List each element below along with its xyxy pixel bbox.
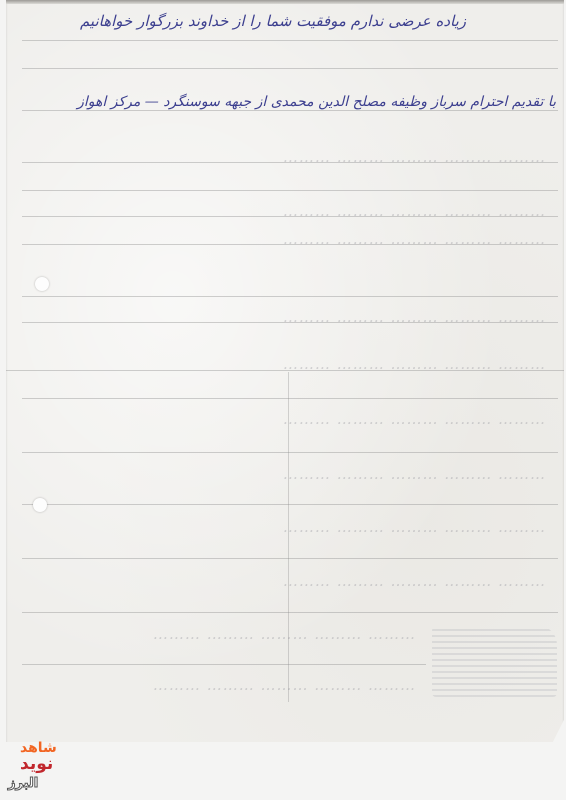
bleed-through-text: ……… ……… ……… ……… ……… [283,572,546,590]
bleed-through-text: ……… ……… ……… ……… ……… [283,230,546,248]
bleed-through-text: ……… ……… ……… ……… ……… [153,676,416,694]
ruled-line [22,504,558,505]
punch-hole [33,498,47,512]
bleed-through-text: ……… ……… ……… ……… ……… [283,202,546,220]
ruled-line [22,398,558,399]
ruled-line [22,296,558,297]
ruled-line [22,68,558,69]
ruled-line [22,40,558,41]
ruled-line [22,452,558,453]
logo-text-navid: نوید [20,754,53,774]
bleed-through-text: ……… ……… ……… ……… ……… [283,355,546,373]
ruled-line [22,612,558,613]
ruled-line [22,110,558,111]
bleed-through-text: ……… ……… ……… ……… ……… [283,148,546,166]
punch-hole [35,277,49,291]
bleed-through-text: ……… ……… ……… ……… ……… [283,465,546,483]
paper-top-edge [6,0,564,4]
bleed-through-text: ……… ……… ……… ……… ……… [153,625,416,643]
bleed-through-text: ……… ……… ……… ……… ……… [283,518,546,536]
ruled-line [22,190,558,191]
bleed-through-text: ……… ……… ……… ……… ……… [283,410,546,428]
navid-shahed-alborz-logo: شاهد نوید البرز [6,740,76,800]
ruled-line [22,558,558,559]
bleed-through-text: ……… ……… ……… ……… ……… [283,308,546,326]
faint-landscape-sketch [432,625,557,697]
letter-closing-line: زیاده عرضی ندارم موفقیت شما را از خداوند… [80,12,466,30]
ruled-line [22,664,426,665]
logo-text-alborz: البرز [8,776,38,791]
letter-signature-line: با تقدیم احترام سرباز وظیفه مصلح الدین م… [77,94,556,110]
